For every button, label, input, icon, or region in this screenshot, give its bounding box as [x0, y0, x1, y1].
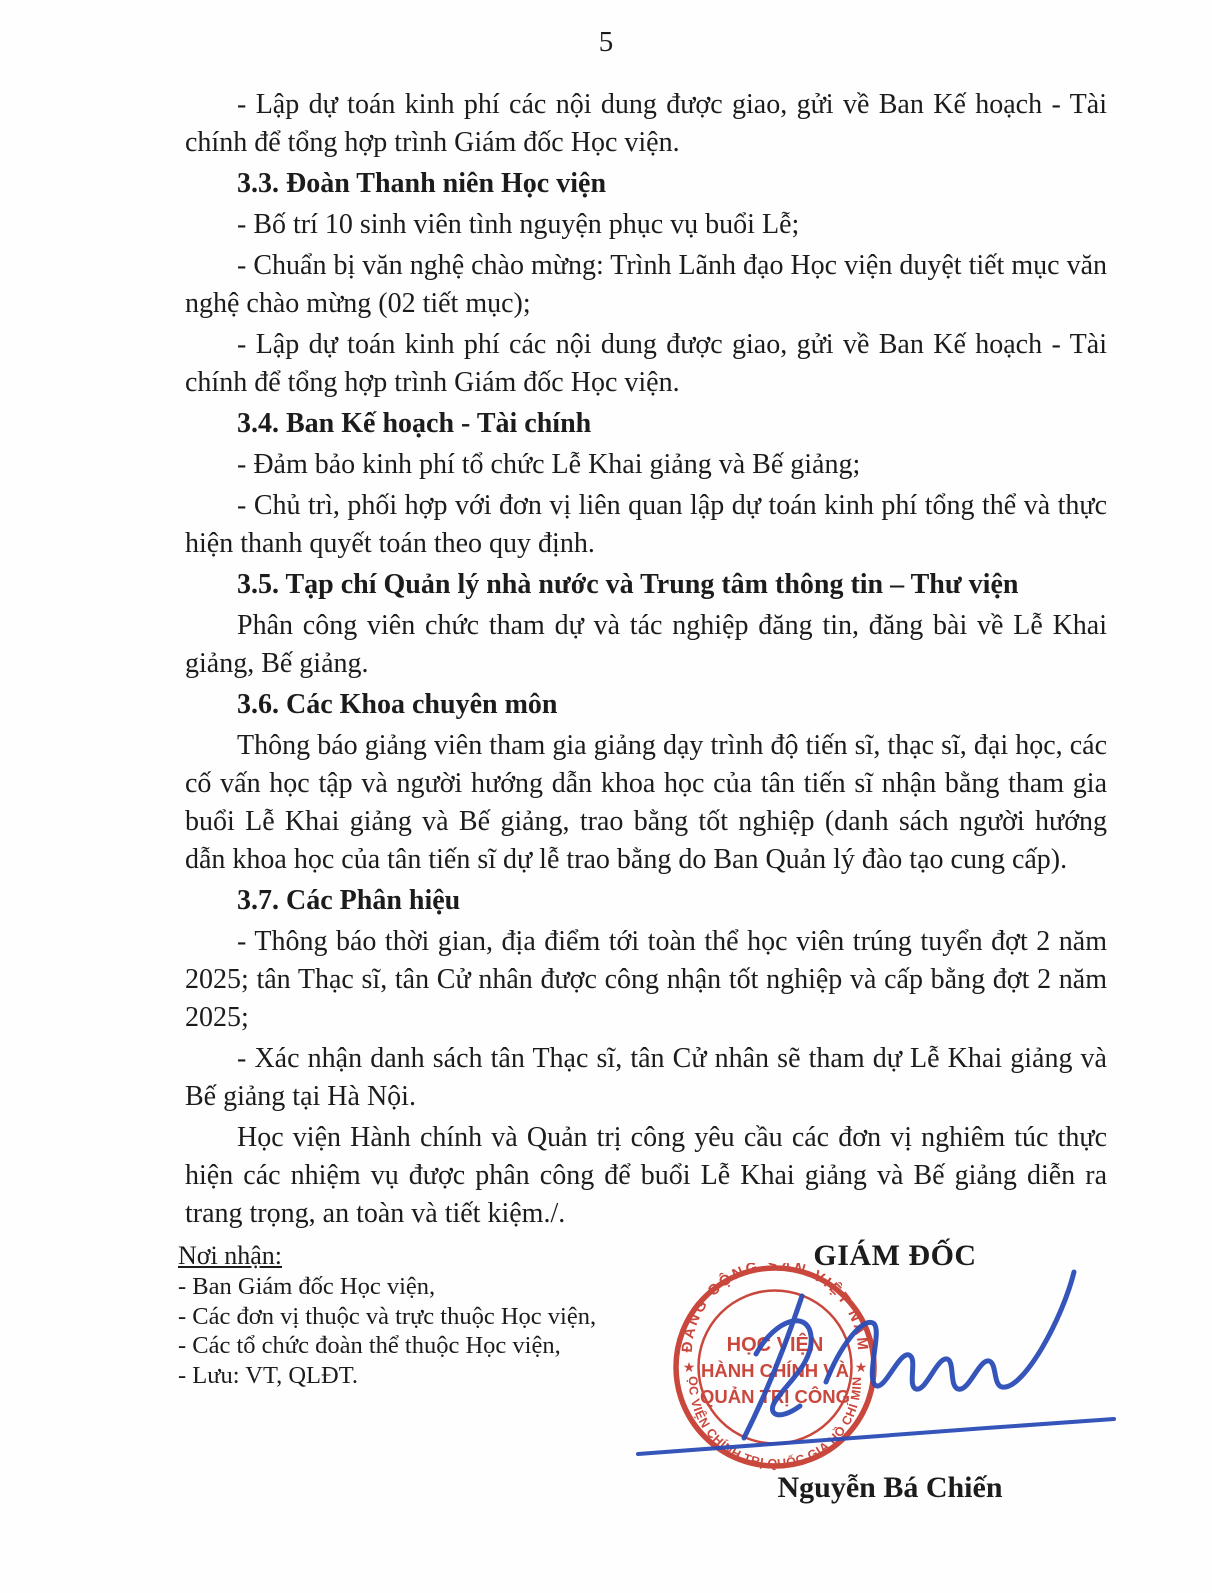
signature-scrawl: [630, 1258, 1122, 1463]
signer-name: Nguyễn Bá Chiến: [765, 1471, 1015, 1505]
section-heading: 3.3. Đoàn Thanh niên Học viện: [185, 165, 1107, 203]
recipients-label: Nơi nhận:: [178, 1240, 596, 1271]
paragraph: Học viện Hành chính và Quản trị công yêu…: [185, 1119, 1107, 1233]
document-body: - Lập dự toán kinh phí các nội dung được…: [185, 86, 1107, 1236]
signature-loops: [826, 1272, 1074, 1389]
paragraph: Thông báo giảng viên tham gia giảng dạy …: [185, 727, 1107, 879]
recipient-item: - Lưu: VT, QLĐT.: [178, 1361, 596, 1391]
paragraph: - Xác nhận danh sách tân Thạc sĩ, tân Cử…: [185, 1040, 1107, 1116]
paragraph: Phân công viên chức tham dự và tác nghiệ…: [185, 607, 1107, 683]
paragraph: - Chủ trì, phối hợp với đơn vị liên quan…: [185, 487, 1107, 563]
paragraph: - Lập dự toán kinh phí các nội dung được…: [185, 86, 1107, 162]
recipient-item: - Các đơn vị thuộc và trực thuộc Học việ…: [178, 1302, 596, 1332]
page-number: 5: [0, 26, 1212, 59]
section-heading: 3.4. Ban Kế hoạch - Tài chính: [185, 405, 1107, 443]
paragraph: - Đảm bảo kinh phí tổ chức Lễ Khai giảng…: [185, 446, 1107, 484]
signature-initial-stroke: [744, 1296, 802, 1438]
recipient-item: - Ban Giám đốc Học viện,: [178, 1272, 596, 1302]
recipient-item: - Các tổ chức đoàn thể thuộc Học viện,: [178, 1331, 596, 1361]
document-page: 5 - Lập dự toán kinh phí các nội dung đư…: [0, 0, 1212, 1593]
section-heading: 3.6. Các Khoa chuyên môn: [185, 686, 1107, 724]
recipients-block: Nơi nhận: - Ban Giám đốc Học viện, - Các…: [178, 1240, 596, 1390]
paragraph: - Thông báo thời gian, địa điểm tới toàn…: [185, 923, 1107, 1037]
paragraph: - Lập dự toán kinh phí các nội dung được…: [185, 326, 1107, 402]
section-heading: 3.5. Tạp chí Quản lý nhà nước và Trung t…: [185, 566, 1107, 604]
paragraph: - Bố trí 10 sinh viên tình nguyện phục v…: [185, 206, 1107, 244]
section-heading: 3.7. Các Phân hiệu: [185, 882, 1107, 920]
paragraph: - Chuẩn bị văn nghệ chào mừng: Trình Lãn…: [185, 247, 1107, 323]
signature-underline: [638, 1419, 1114, 1454]
